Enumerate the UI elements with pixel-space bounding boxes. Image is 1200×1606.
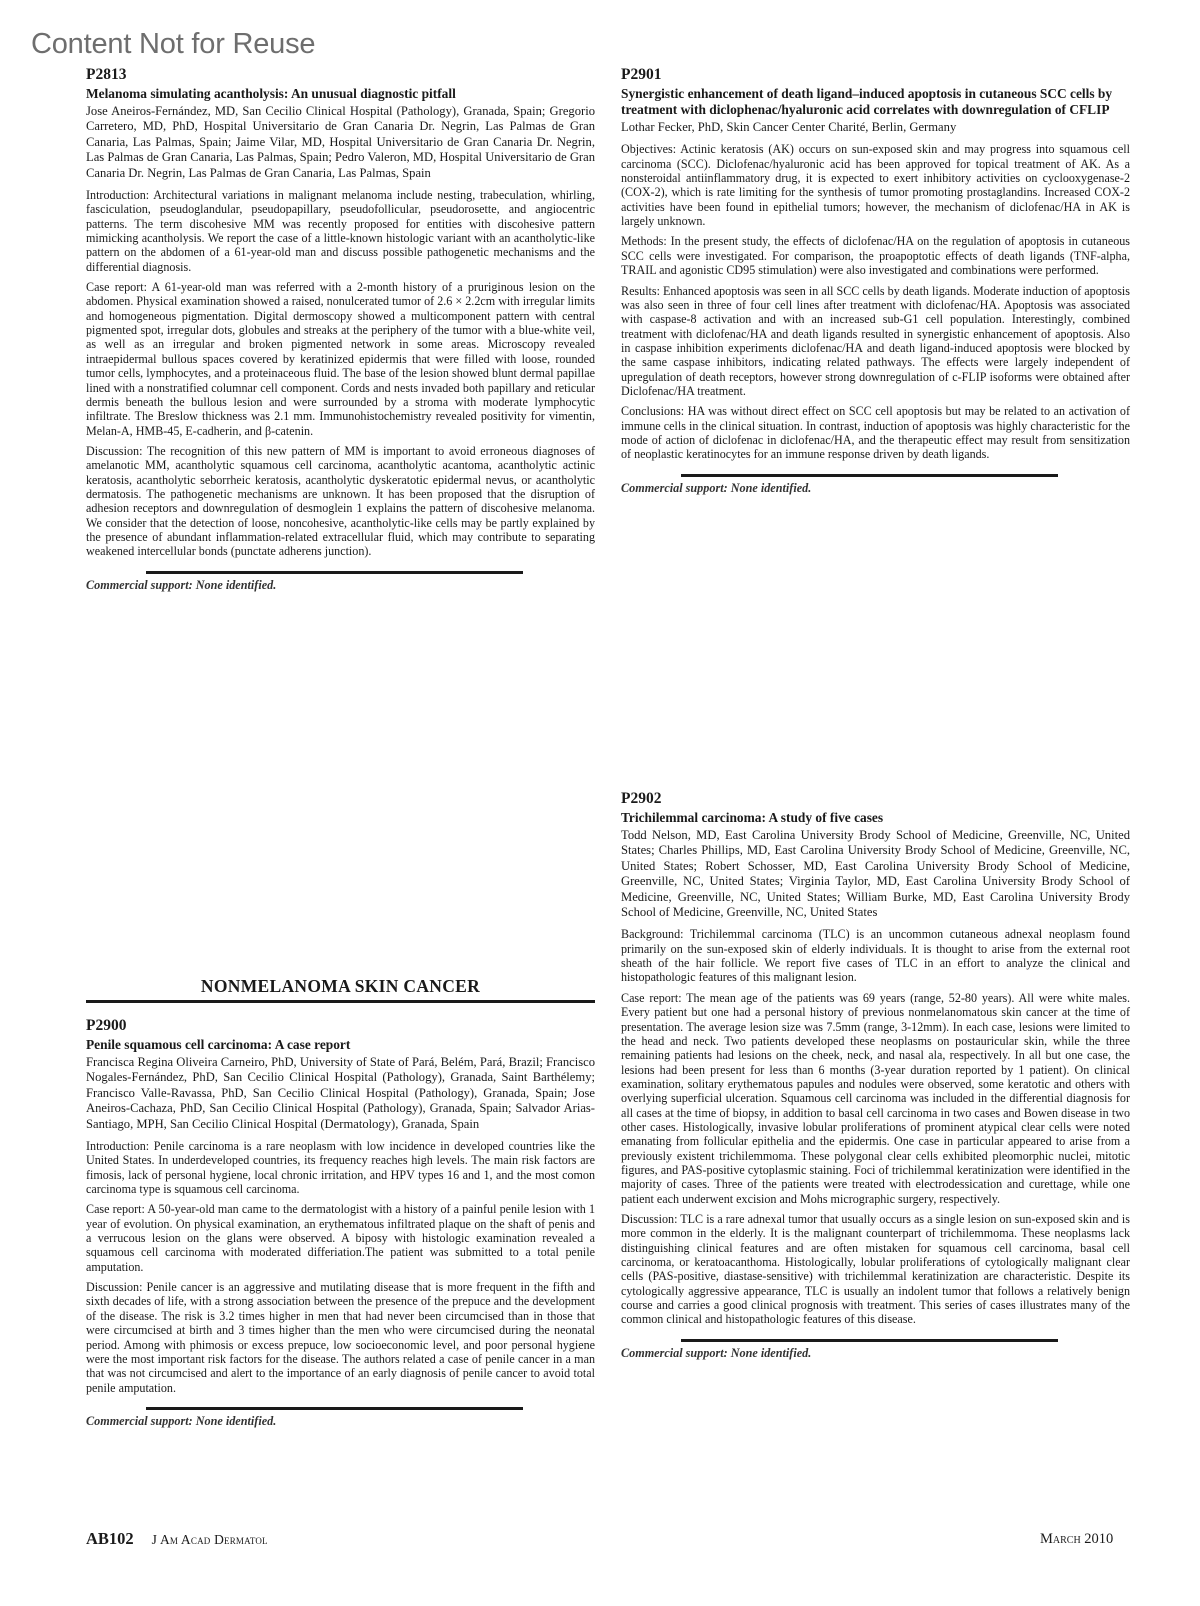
divider-rule	[146, 1407, 523, 1410]
section-heading: NONMELANOMA SKIN CANCER	[86, 976, 595, 996]
abstract-methods: Methods: In the present study, the effec…	[621, 234, 1130, 277]
abstract-id: P2901	[621, 66, 1130, 84]
abstract-discussion: Discussion: The recognition of this new …	[86, 444, 595, 559]
commercial-support: Commercial support: None identified.	[621, 481, 1130, 496]
abstract-background: Background: Trichilemmal carcinoma (TLC)…	[621, 927, 1130, 984]
abstract-p2813: P2813 Melanoma simulating acantholysis: …	[86, 66, 595, 593]
page-number: AB102	[86, 1529, 134, 1548]
abstract-authors: Todd Nelson, MD, East Carolina Universit…	[621, 828, 1130, 920]
abstract-case-report: Case report: A 61-year-old man was refer…	[86, 280, 595, 438]
abstract-id: P2813	[86, 66, 595, 84]
abstract-title: Melanoma simulating acantholysis: An unu…	[86, 86, 595, 102]
abstract-title: Penile squamous cell carcinoma: A case r…	[86, 1037, 595, 1053]
abstract-authors: Lothar Fecker, PhD, Skin Cancer Center C…	[621, 120, 1130, 135]
abstract-p2902: P2902 Trichilemmal carcinoma: A study of…	[621, 790, 1130, 1361]
abstract-conclusions: Conclusions: HA was without direct effec…	[621, 404, 1130, 461]
abstract-discussion: Discussion: TLC is a rare adnexal tumor …	[621, 1212, 1130, 1327]
abstract-p2900: P2900 Penile squamous cell carcinoma: A …	[86, 1017, 595, 1429]
section-divider	[86, 1000, 595, 1003]
abstract-p2901: P2901 Synergistic enhancement of death l…	[621, 66, 1130, 496]
abstract-title: Synergistic enhancement of death ligand–…	[621, 86, 1130, 118]
abstract-results: Results: Enhanced apoptosis was seen in …	[621, 284, 1130, 399]
abstract-authors: Jose Aneiros-Fernández, MD, San Cecilio …	[86, 104, 595, 181]
abstract-introduction: Introduction: Penile carcinoma is a rare…	[86, 1139, 595, 1196]
abstract-introduction: Introduction: Architectural variations i…	[86, 188, 595, 274]
divider-rule	[681, 474, 1058, 477]
abstract-case-report: Case report: The mean age of the patient…	[621, 991, 1130, 1206]
watermark: Content Not for Reuse	[31, 30, 315, 59]
abstract-case-report: Case report: A 50-year-old man came to t…	[86, 1202, 595, 1274]
divider-rule	[146, 571, 523, 574]
abstract-id: P2900	[86, 1017, 595, 1035]
commercial-support: Commercial support: None identified.	[86, 1414, 595, 1429]
commercial-support: Commercial support: None identified.	[621, 1346, 1130, 1361]
abstract-objectives: Objectives: Actinic keratosis (AK) occur…	[621, 142, 1130, 228]
abstract-title: Trichilemmal carcinoma: A study of five …	[621, 810, 1130, 826]
abstract-authors: Francisca Regina Oliveira Carneiro, PhD,…	[86, 1055, 595, 1132]
divider-rule	[681, 1339, 1058, 1342]
issue-date: March 2010	[1040, 1531, 1113, 1548]
abstract-discussion: Discussion: Penile cancer is an aggressi…	[86, 1280, 595, 1395]
commercial-support: Commercial support: None identified.	[86, 578, 595, 593]
abstract-id: P2902	[621, 790, 1130, 808]
journal-name: J Am Acad Dermatol	[152, 1532, 268, 1547]
page-footer-left: AB102 J Am Acad Dermatol	[86, 1529, 268, 1549]
